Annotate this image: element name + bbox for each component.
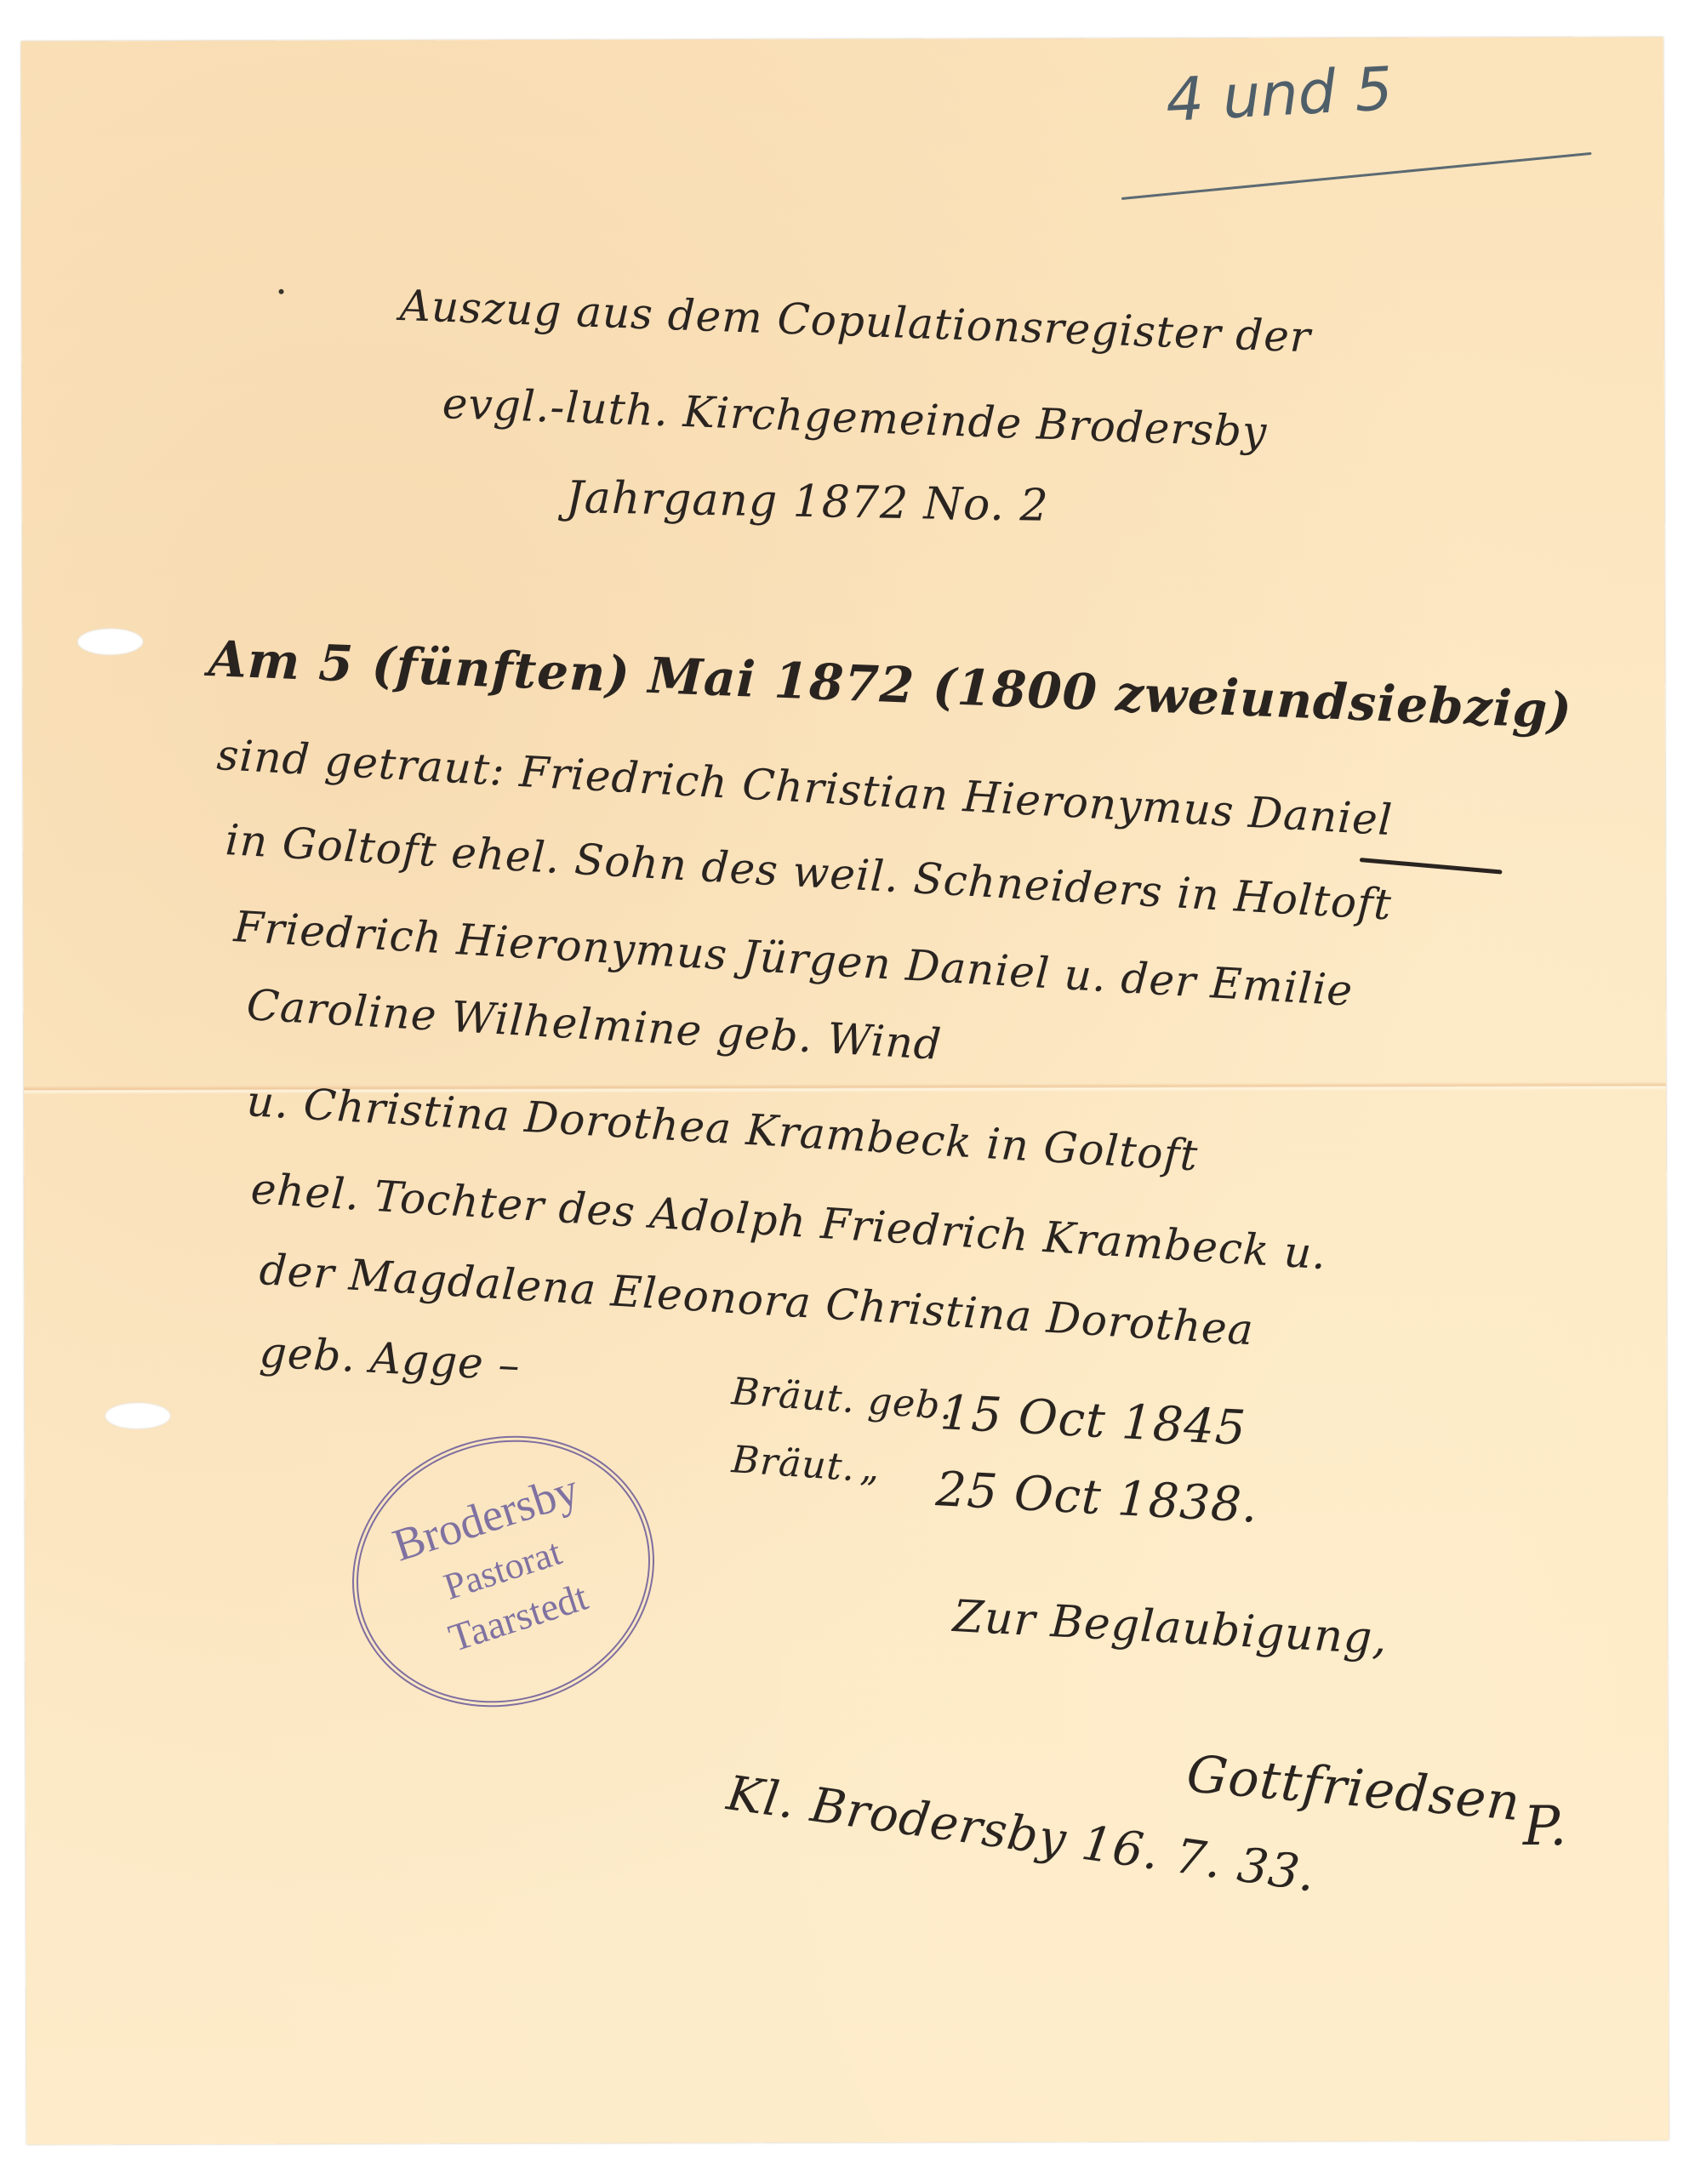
bride-birth-label: Bräut. (730, 1438, 857, 1490)
punch-hole-top (77, 628, 144, 655)
corner-note: 4 und 5 (1164, 54, 1395, 135)
signature-suffix: P. (1523, 1795, 1567, 1858)
header-line-3: Jahrgang 1872 No. 2 (565, 472, 1049, 532)
ditto-mark: „ (859, 1446, 880, 1490)
ink-speck (279, 289, 284, 294)
punch-hole-bottom (105, 1402, 171, 1429)
